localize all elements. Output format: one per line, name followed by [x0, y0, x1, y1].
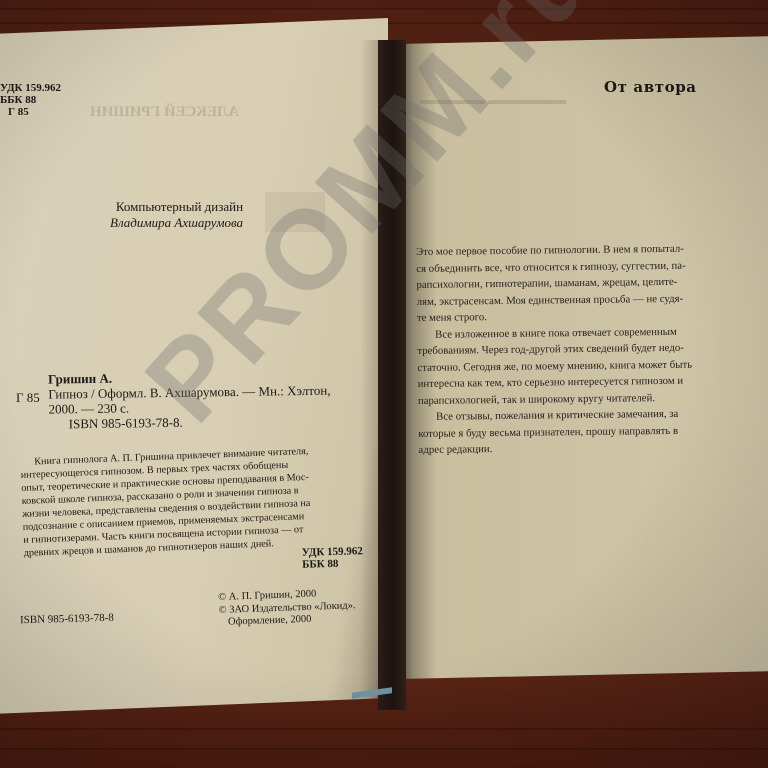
bbk-code: ББК 88 [0, 94, 61, 106]
bbk-code: ББК 88 [302, 557, 363, 571]
preface-line: адрес редакции. [418, 439, 693, 459]
design-credit: Компьютерный дизайн Владимира Ахшарумова [110, 199, 243, 231]
show-through-title: АЛЕКСЕЙ ГРИШИН [90, 104, 239, 121]
bibliographic-record: Гришин А. Гипноз / Оформл. В. Ахшарумова… [20, 368, 331, 432]
show-through-text: ▬▬▬▬▬▬ ▬▬▬▬▬ [420, 92, 566, 108]
author-mark: Г 85 [8, 106, 61, 118]
section-heading: От автора [604, 78, 697, 96]
designer-name: Владимира Ахшарумова [110, 215, 243, 231]
wood-grain [0, 748, 768, 750]
design-credit-label: Компьютерный дизайн [110, 199, 243, 215]
isbn-footer: ISBN 985-6193-78-8 [20, 612, 114, 626]
preface-text: Это мое первое пособие по гипнологии. В … [416, 241, 693, 459]
classification-codes-top: УДК 159.962 ББК 88 Г 85 [0, 82, 61, 118]
photo-scene: УДК 159.962 ББК 88 Г 85 АЛЕКСЕЙ ГРИШИН К… [0, 0, 768, 768]
udk-code: УДК 159.962 [302, 545, 363, 559]
book-spine-gutter [378, 40, 406, 710]
udk-code: УДК 159.962 [0, 82, 61, 94]
wood-grain [0, 728, 768, 730]
preface-line: лям, экстрасенсам. Моя единственная прос… [417, 290, 692, 310]
classification-codes-bottom: УДК 159.962 ББК 88 [302, 545, 364, 571]
copyright-notice: © А. П. Гришин, 2000 © ЗАО Издательство … [218, 587, 356, 629]
book-annotation: Книга гипнолога А. П. Гришина привлечет … [20, 443, 362, 560]
preface-line: которые я буду весьма признателен, прошу… [418, 422, 693, 442]
show-through-block [265, 192, 325, 232]
wood-grain [0, 8, 768, 10]
